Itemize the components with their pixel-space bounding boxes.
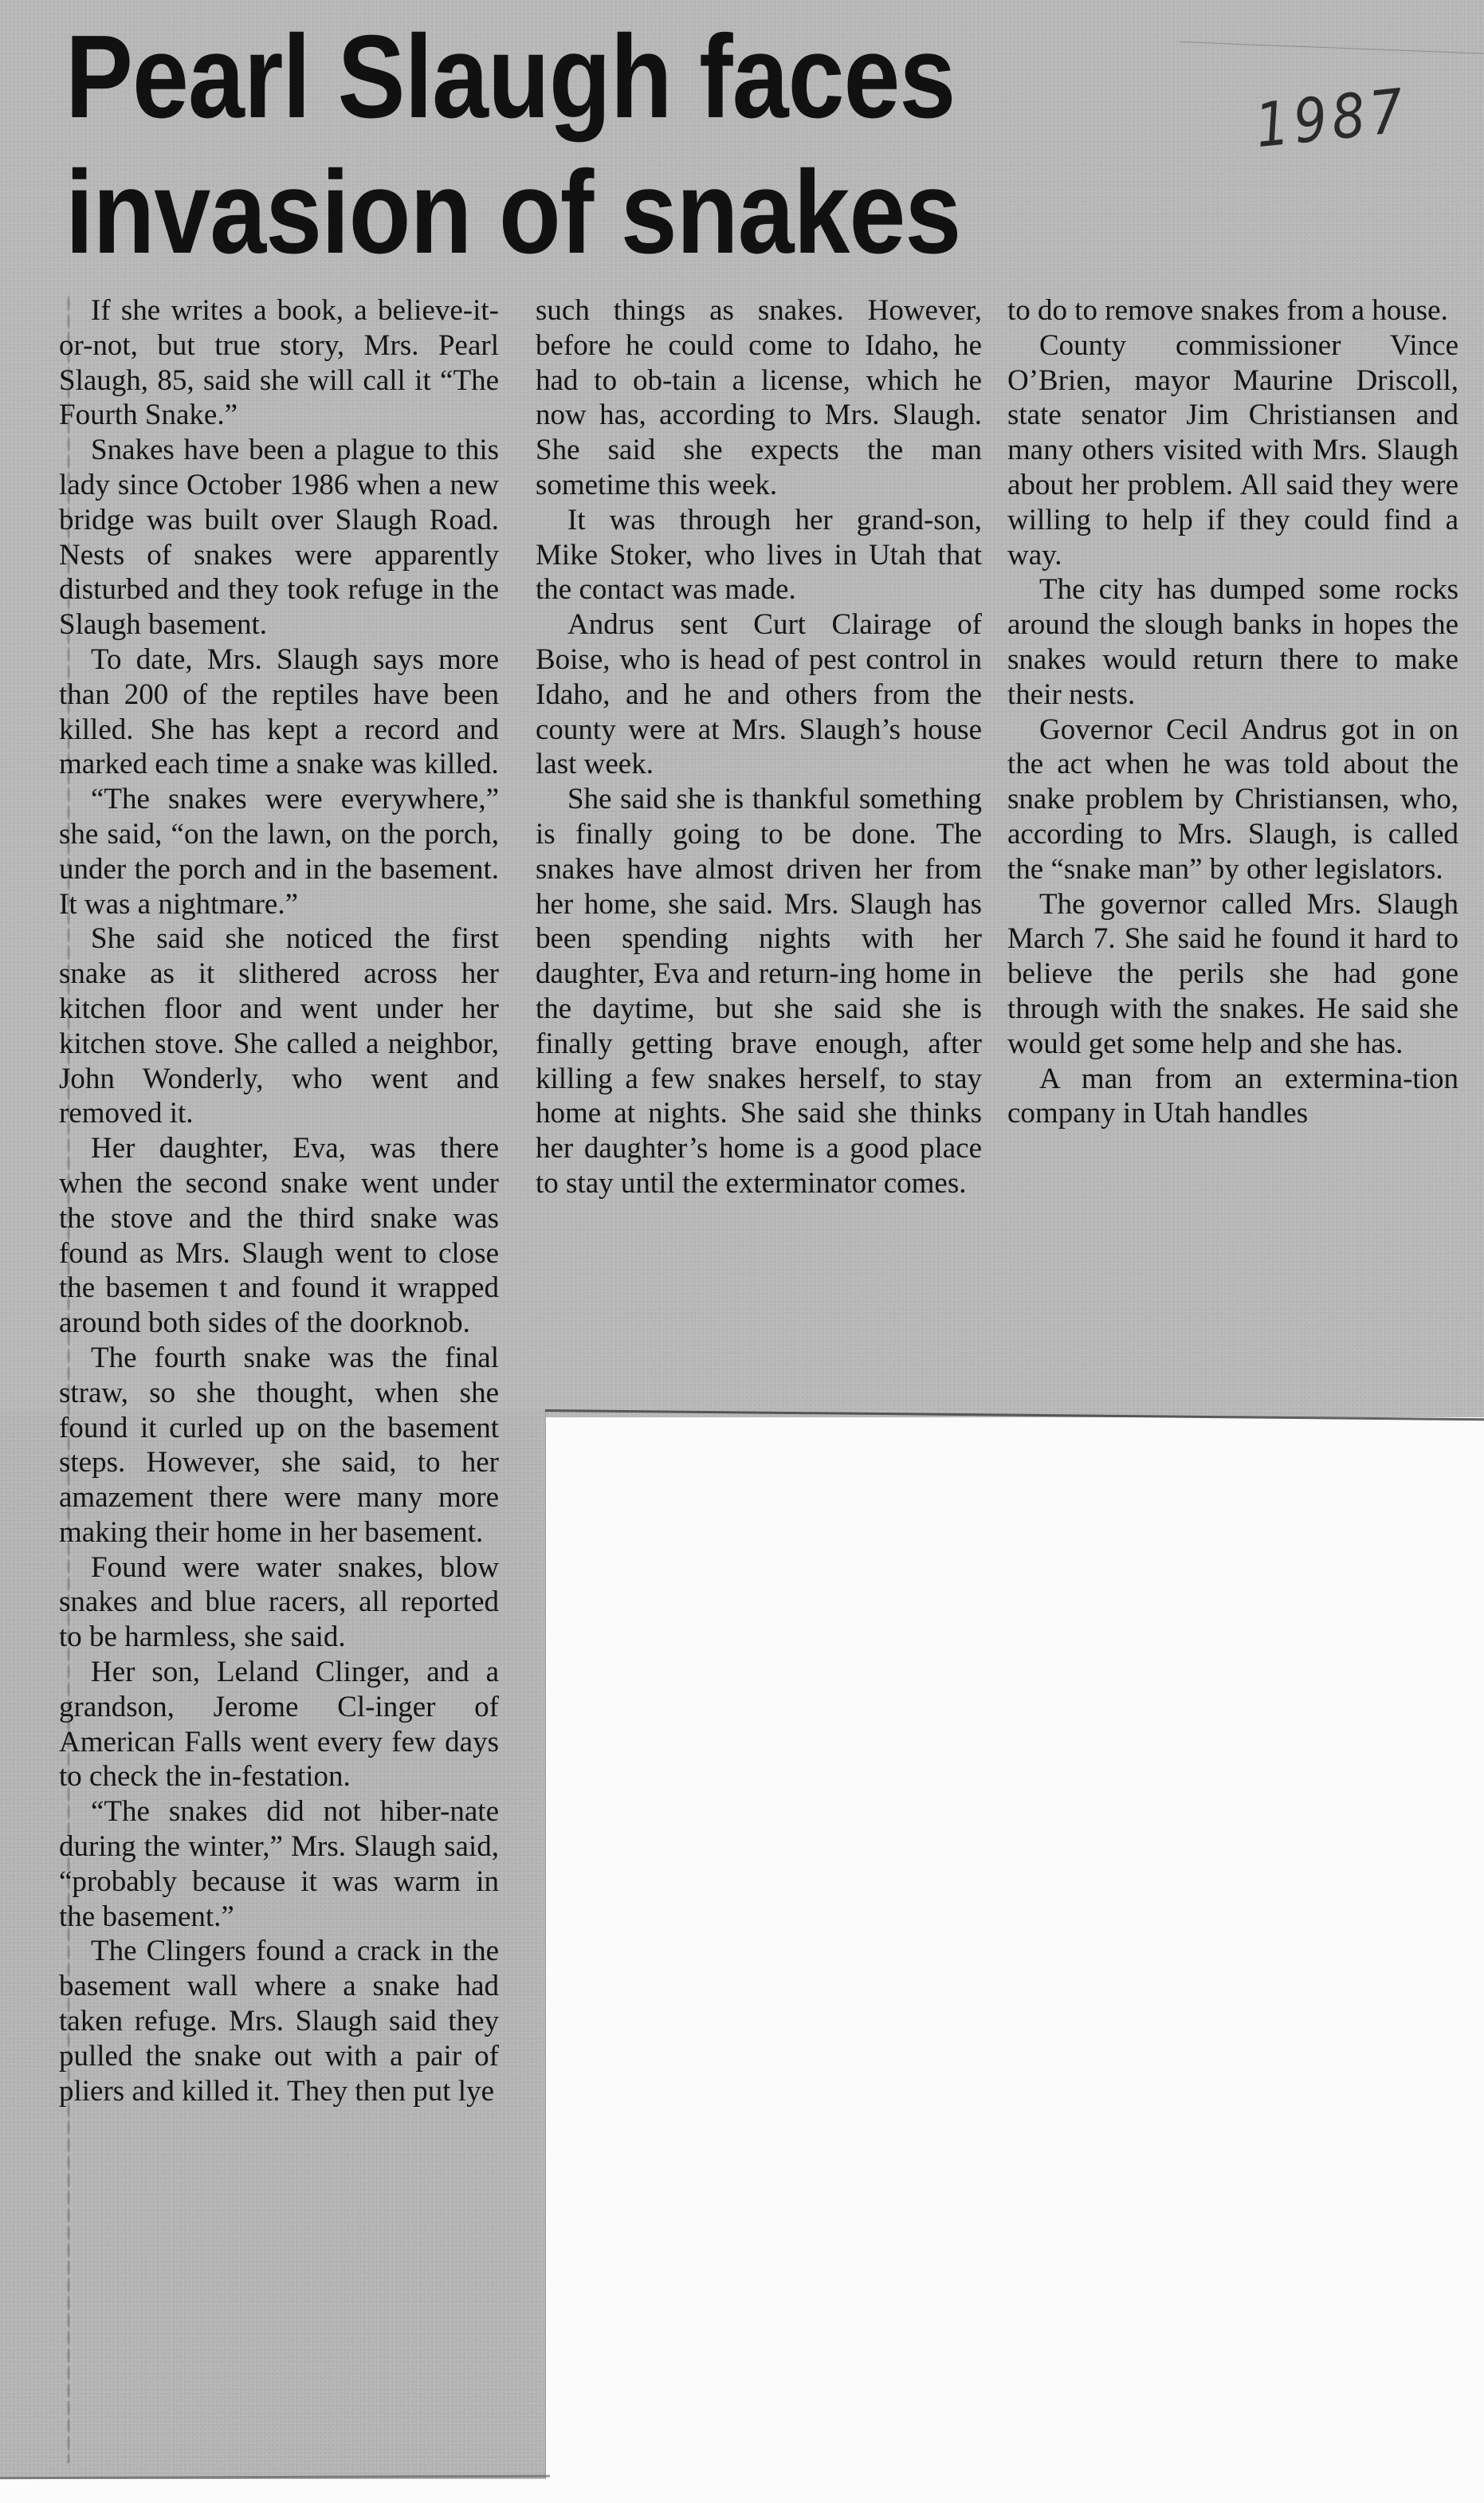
paragraph: Andrus sent Curt Clairage of Boise, who … <box>536 607 982 782</box>
paragraph: Found were water snakes, blow snakes and… <box>59 1550 499 1655</box>
paragraph: The governor called Mrs. Slaugh March 7.… <box>1007 887 1458 1062</box>
article-column-1: If she writes a book, a believe-it-or-no… <box>59 293 499 2108</box>
paragraph: Governor Cecil Andrus got in on the act … <box>1007 713 1458 887</box>
paragraph: The Clingers found a crack in the baseme… <box>59 1934 499 2108</box>
paragraph: She said she noticed the first snake as … <box>59 921 499 1131</box>
paragraph: “The snakes were everywhere,” she said, … <box>59 782 499 921</box>
article-headline: Pearl Slaugh faces invasion of snakes <box>65 10 1066 281</box>
paragraph: “The snakes did not hiber-nate during th… <box>59 1794 499 1934</box>
article-column-2: such things as snakes. However, before h… <box>536 293 982 1201</box>
headline-line-1: Pearl Slaugh faces <box>65 10 1066 145</box>
paragraph: The city has dumped some rocks around th… <box>1007 572 1458 712</box>
headline-line-2: invasion of snakes <box>65 145 1066 281</box>
paragraph: The fourth snake was the final straw, so… <box>59 1341 499 1550</box>
paragraph: County commissioner Vince O’Brien, mayor… <box>1007 328 1458 573</box>
paragraph-continuation: to do to remove snakes from a house. <box>1007 293 1458 328</box>
paragraph: To date, Mrs. Slaugh says more than 200 … <box>59 642 499 782</box>
paragraph: If she writes a book, a believe-it-or-no… <box>59 293 499 433</box>
article-column-3: to do to remove snakes from a house. Cou… <box>1007 293 1458 1131</box>
paragraph: Her son, Leland Clinger, and a grandson,… <box>59 1655 499 1794</box>
paragraph: She said she is thankful something is fi… <box>536 782 982 1201</box>
paragraph: It was through her grand-son, Mike Stoke… <box>536 503 982 607</box>
paragraph-continuation: such things as snakes. However, before h… <box>536 293 982 503</box>
paragraph: Snakes have been a plague to this lady s… <box>59 433 499 642</box>
paragraph: Her daughter, Eva, was there when the se… <box>59 1131 499 1341</box>
paragraph: A man from an extermina-tion company in … <box>1007 1062 1458 1132</box>
